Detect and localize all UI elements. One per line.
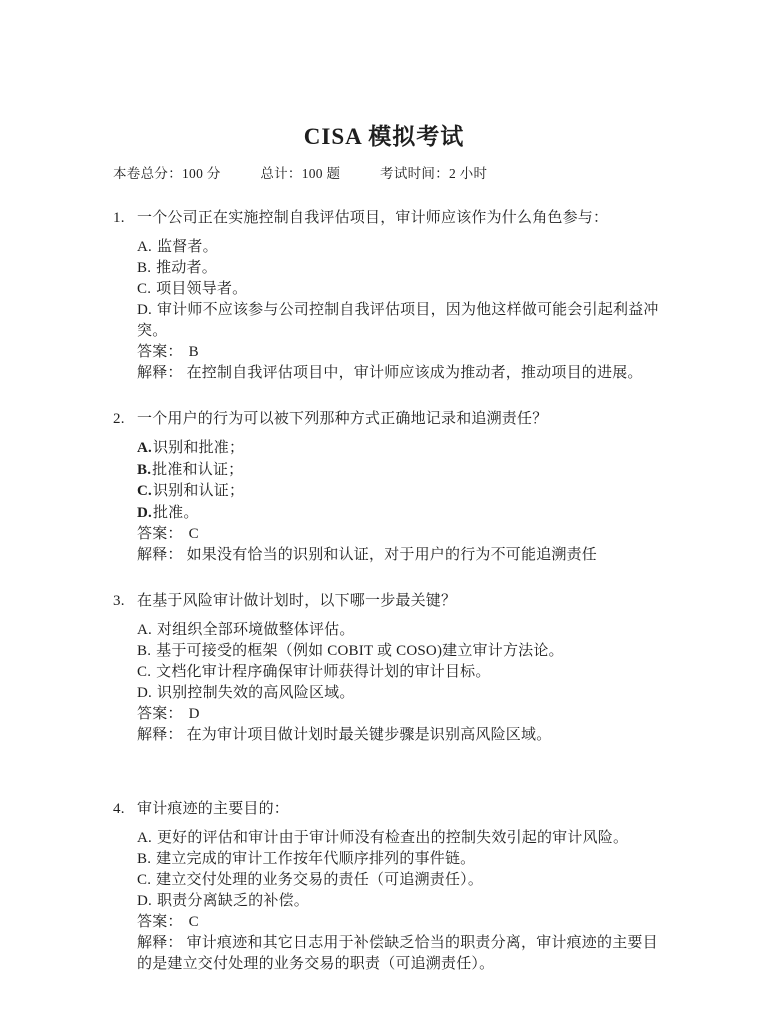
option-a: A.识别和批准； [137,438,663,460]
option-b: B.基于可接受的框架（例如 COBIT 或 COSO)建立审计方法论。 [137,641,663,662]
option-text: 基于可接受的框架（例如 COBIT 或 COSO)建立审计方法论。 [156,643,564,659]
option-b: B.批准和认证； [137,460,663,482]
answer-label: 答案： [137,344,183,360]
option-label: C. [137,483,152,499]
question-4-head: 4. 审计痕迹的主要目的： [113,799,663,820]
answer-value: B [189,344,199,360]
explanation-text: 在为审计项目做计划时最关键步骤是识别高风险区域。 [187,727,552,743]
question-number: 2. [113,409,137,430]
meta-total-score: 本卷总分：100 分 [113,166,221,181]
explanation-label: 解释： [137,935,183,951]
answer-value: D [189,706,200,722]
option-label: A. [137,830,152,846]
option-text: 批准。 [153,505,199,521]
option-d: D.批准。 [137,503,663,525]
question-list: 1. 一个公司正在实施控制自我评估项目，审计师应该作为什么角色参与： A.监督者… [0,208,768,975]
explanation-text: 在控制自我评估项目中，审计师应该成为推动者，推动项目的进展。 [187,365,643,381]
explanation-label: 解释： [137,365,183,381]
option-d: D.职责分离缺乏的补偿。 [137,891,663,912]
exam-document-page: CISA 模拟考试 本卷总分：100 分 总计：100 题 考试时间：2 小时 … [0,0,768,1024]
option-text: 识别和批准； [153,440,244,456]
answer-value: C [189,914,199,930]
question-3-body: A.对组织全部环境做整体评估。 B.基于可接受的框架（例如 COBIT 或 CO… [137,620,663,746]
option-c: C.识别和认证； [137,481,663,503]
option-a: A.监督者。 [137,237,663,258]
explanation-row: 解释：在为审计项目做计划时最关键步骤是识别高风险区域。 [137,725,663,746]
option-text: 审计师不应该参与公司控制自我评估项目，因为他这样做可能会引起利益冲突。 [137,302,659,339]
question-text: 一个用户的行为可以被下列那种方式正确地记录和追溯责任？ [137,409,663,430]
answer-row: 答案：B [137,342,663,363]
option-text: 项目领导者。 [156,281,247,297]
option-label: C. [137,872,151,888]
option-c: C.文档化审计程序确保审计师获得计划的审计目标。 [137,662,663,683]
answer-label: 答案： [137,914,183,930]
option-a: A.对组织全部环境做整体评估。 [137,620,663,641]
answer-row: 答案：D [137,704,663,725]
option-b: B.建立完成的审计工作按年代顺序排列的事件链。 [137,849,663,870]
question-2: 2. 一个用户的行为可以被下列那种方式正确地记录和追溯责任？ A.识别和批准； … [113,409,663,566]
exam-meta: 本卷总分：100 分 总计：100 题 考试时间：2 小时 [113,162,768,182]
option-text: 文档化审计程序确保审计师获得计划的审计目标。 [156,664,490,680]
meta-exam-duration: 考试时间：2 小时 [380,166,487,181]
explanation-row: 解释：在控制自我评估项目中，审计师应该成为推动者，推动项目的进展。 [137,363,663,384]
question-text: 审计痕迹的主要目的： [137,799,663,820]
answer-row: 答案：C [137,912,663,933]
question-1-body: A.监督者。 B.推动者。 C.项目领导者。 D.审计师不应该参与公司控制自我评… [137,237,663,384]
option-label: A. [137,622,152,638]
option-label: C. [137,664,151,680]
question-4-body: A.更好的评估和审计由于审计师没有检查出的控制失效引起的审计风险。 B.建立完成… [137,828,663,975]
option-label: A. [137,239,152,255]
explanation-text: 如果没有恰当的识别和认证，对于用户的行为不可能追溯责任 [187,547,597,563]
explanation-text: 审计痕迹和其它日志用于补偿缺乏恰当的职责分离，审计痕迹的主要目的是建立交付处理的… [137,935,658,972]
option-d: D.审计师不应该参与公司控制自我评估项目，因为他这样做可能会引起利益冲突。 [137,300,663,342]
option-c: C.建立交付处理的业务交易的责任（可追溯责任）。 [137,870,663,891]
question-2-body: A.识别和批准； B.批准和认证； C.识别和认证； D.批准。 答案：C 解释… [137,438,663,566]
answer-value: C [189,526,199,542]
answer-row: 答案：C [137,524,663,545]
option-text: 建立交付处理的业务交易的责任（可追溯责任）。 [156,872,483,888]
option-text: 建立完成的审计工作按年代顺序排列的事件链。 [156,851,475,867]
option-label: A. [137,440,152,456]
option-text: 批准和认证； [152,462,243,478]
option-a: A.更好的评估和审计由于审计师没有检查出的控制失效引起的审计风险。 [137,828,663,849]
option-label: D. [137,505,152,521]
option-label: B. [137,462,151,478]
option-label: D. [137,893,152,909]
option-text: 监督者。 [157,239,218,255]
question-1: 1. 一个公司正在实施控制自我评估项目，审计师应该作为什么角色参与： A.监督者… [113,208,663,384]
question-3-head: 3. 在基于风险审计做计划时，以下哪一步最关键？ [113,591,663,612]
option-text: 更好的评估和审计由于审计师没有检查出的控制失效引起的审计风险。 [157,830,628,846]
answer-label: 答案： [137,706,183,722]
option-label: B. [137,260,151,276]
question-3: 3. 在基于风险审计做计划时，以下哪一步最关键？ A.对组织全部环境做整体评估。… [113,591,663,746]
question-text: 一个公司正在实施控制自我评估项目，审计师应该作为什么角色参与： [137,208,663,229]
question-text: 在基于风险审计做计划时，以下哪一步最关键？ [137,591,663,612]
option-c: C.项目领导者。 [137,279,663,300]
option-label: B. [137,851,151,867]
question-4: 4. 审计痕迹的主要目的： A.更好的评估和审计由于审计师没有检查出的控制失效引… [113,799,663,975]
explanation-label: 解释： [137,727,183,743]
option-b: B.推动者。 [137,258,663,279]
explanation-row: 解释：审计痕迹和其它日志用于补偿缺乏恰当的职责分离，审计痕迹的主要目的是建立交付… [137,933,663,975]
option-label: B. [137,643,151,659]
explanation-label: 解释： [137,547,183,563]
question-number: 3. [113,591,137,612]
option-label: D. [137,685,152,701]
page-title: CISA 模拟考试 [0,0,768,151]
option-text: 识别和认证； [153,483,244,499]
explanation-row: 解释：如果没有恰当的识别和认证，对于用户的行为不可能追溯责任 [137,545,663,566]
meta-total-questions: 总计：100 题 [260,166,340,181]
option-text: 推动者。 [156,260,217,276]
question-number: 1. [113,208,137,229]
option-text: 职责分离缺乏的补偿。 [157,893,309,909]
question-2-head: 2. 一个用户的行为可以被下列那种方式正确地记录和追溯责任？ [113,409,663,430]
answer-label: 答案： [137,526,183,542]
option-text: 识别控制失效的高风险区域。 [157,685,355,701]
option-text: 对组织全部环境做整体评估。 [157,622,355,638]
question-number: 4. [113,799,137,820]
option-d: D.识别控制失效的高风险区域。 [137,683,663,704]
option-label: D. [137,302,152,318]
option-label: C. [137,281,151,297]
question-1-head: 1. 一个公司正在实施控制自我评估项目，审计师应该作为什么角色参与： [113,208,663,229]
